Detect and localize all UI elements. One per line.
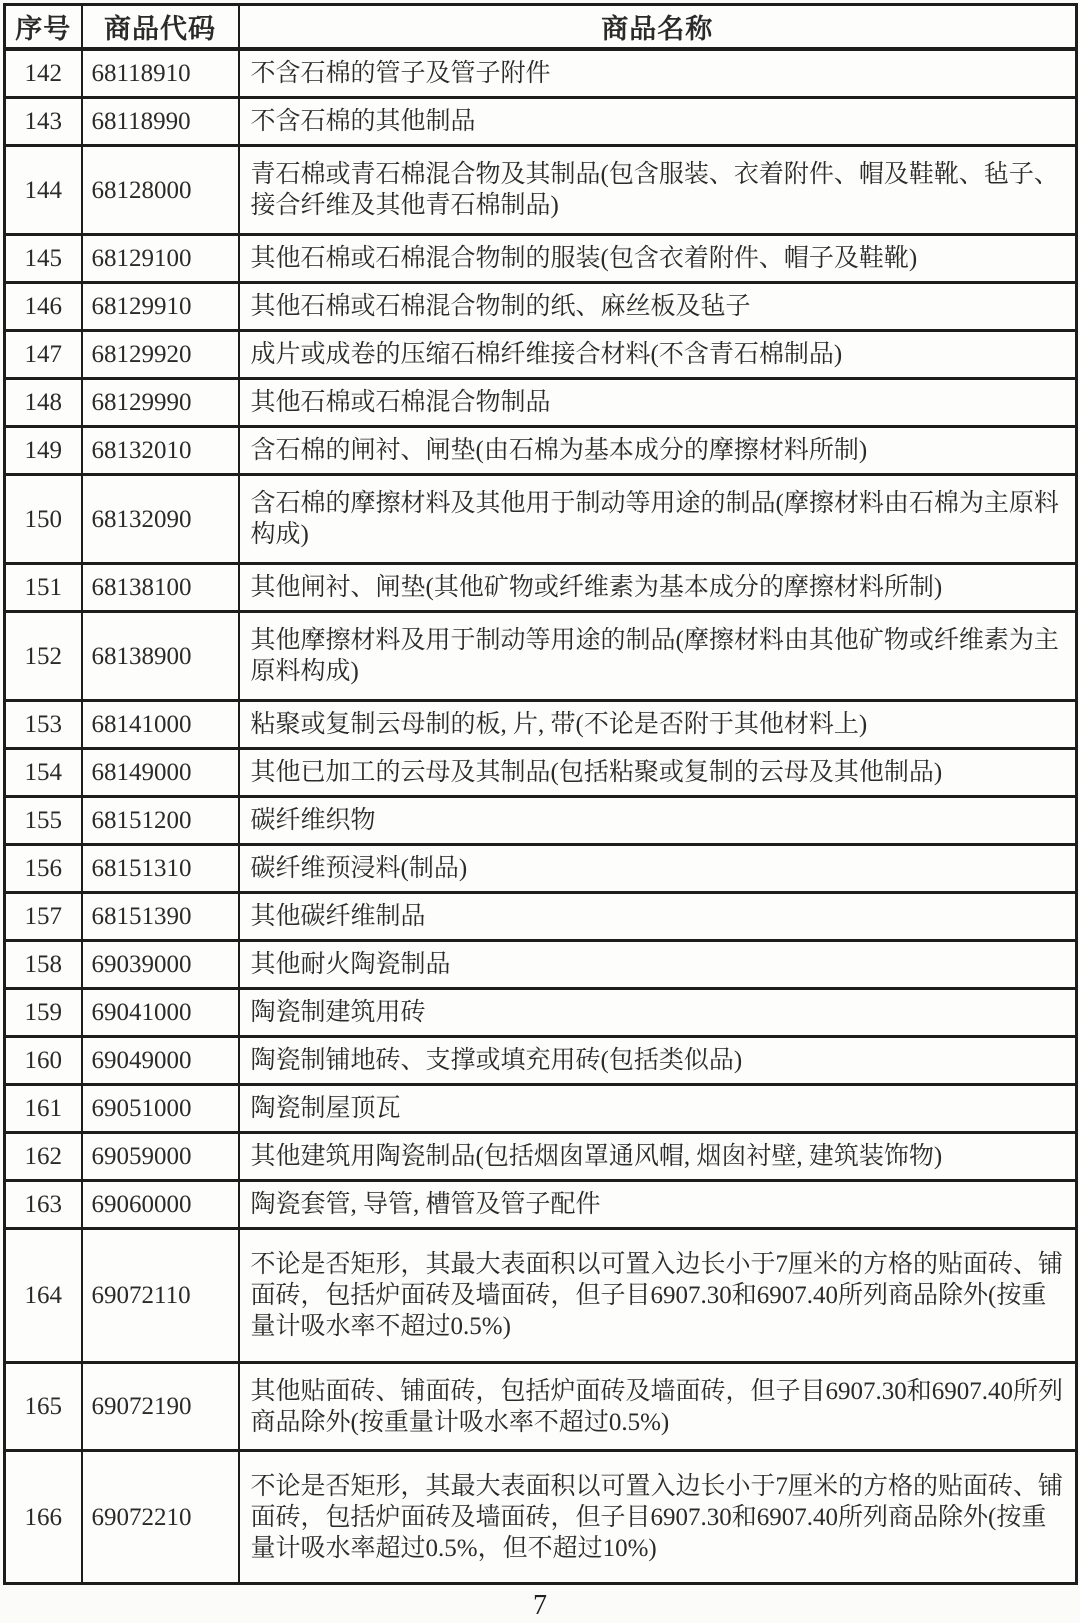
commodity-code-cell: 69060000 [82, 1181, 239, 1229]
commodity-name-cell: 其他碳纤维制品 [239, 893, 1077, 941]
commodity-code-cell: 69041000 [82, 989, 239, 1037]
commodity-name-cell: 不论是否矩形，其最大表面积以可置入边长小于7厘米的方格的贴面砖、铺面砖，包括炉面… [239, 1451, 1077, 1584]
commodity-code-cell: 68151310 [82, 845, 239, 893]
table-row: 16469072110不论是否矩形，其最大表面积以可置入边长小于7厘米的方格的贴… [5, 1229, 1077, 1363]
commodity-code-cell: 69072190 [82, 1363, 239, 1451]
commodity-code-cell: 68132090 [82, 475, 239, 564]
commodity-name-cell: 不含石棉的其他制品 [239, 98, 1077, 146]
row-number-cell: 149 [5, 427, 82, 475]
commodity-code-cell: 68138100 [82, 564, 239, 612]
table-row: 14468128000青石棉或青石棉混合物及其制品(包含服装、衣着附件、帽及鞋靴… [5, 146, 1077, 235]
row-number-cell: 162 [5, 1133, 82, 1181]
commodity-name-cell: 其他已加工的云母及其制品(包括粘聚或复制的云母及其他制品) [239, 749, 1077, 797]
commodity-code-cell: 68128000 [82, 146, 239, 235]
document-page: 序号 商品代码 商品名称 14268118910不含石棉的管子及管子附件1436… [0, 0, 1080, 1623]
row-number-cell: 163 [5, 1181, 82, 1229]
commodity-name-cell: 陶瓷制屋顶瓦 [239, 1085, 1077, 1133]
table-row: 15969041000陶瓷制建筑用砖 [5, 989, 1077, 1037]
commodity-name-cell: 其他石棉或石棉混合物制的服装(包含衣着附件、帽子及鞋靴) [239, 235, 1077, 283]
table-row: 16369060000陶瓷套管, 导管, 槽管及管子配件 [5, 1181, 1077, 1229]
row-number-cell: 144 [5, 146, 82, 235]
header-commodity-name: 商品名称 [239, 5, 1077, 50]
commodity-code-cell: 68129990 [82, 379, 239, 427]
table-row: 15068132090含石棉的摩擦材料及其他用于制动等用途的制品(摩擦材料由石棉… [5, 475, 1077, 564]
commodity-code-cell: 68151390 [82, 893, 239, 941]
commodity-code-cell: 68149000 [82, 749, 239, 797]
commodity-code-cell: 69059000 [82, 1133, 239, 1181]
row-number-cell: 146 [5, 283, 82, 331]
row-number-cell: 161 [5, 1085, 82, 1133]
table-row: 15668151310碳纤维预浸料(制品) [5, 845, 1077, 893]
row-number-cell: 164 [5, 1229, 82, 1363]
page-number: 7 [533, 1590, 547, 1621]
row-number-cell: 154 [5, 749, 82, 797]
row-number-cell: 151 [5, 564, 82, 612]
row-number-cell: 143 [5, 98, 82, 146]
table-row: 16669072210不论是否矩形，其最大表面积以可置入边长小于7厘米的方格的贴… [5, 1451, 1077, 1584]
commodity-name-cell: 其他建筑用陶瓷制品(包括烟囱罩通风帽, 烟囱衬壁, 建筑装饰物) [239, 1133, 1077, 1181]
table-row: 16569072190其他贴面砖、铺面砖，包括炉面砖及墙面砖，但子目6907.3… [5, 1363, 1077, 1451]
commodity-name-cell: 不含石棉的管子及管子附件 [239, 49, 1077, 98]
commodity-code-cell: 68129920 [82, 331, 239, 379]
table-row: 15568151200碳纤维织物 [5, 797, 1077, 845]
header-commodity-code: 商品代码 [82, 5, 239, 50]
table-row: 14868129990其他石棉或石棉混合物制品 [5, 379, 1077, 427]
row-number-cell: 160 [5, 1037, 82, 1085]
commodity-name-cell: 不论是否矩形，其最大表面积以可置入边长小于7厘米的方格的贴面砖、铺面砖，包括炉面… [239, 1229, 1077, 1363]
table-row: 14968132010含石棉的闸衬、闸垫(由石棉为基本成分的摩擦材料所制) [5, 427, 1077, 475]
row-number-cell: 147 [5, 331, 82, 379]
row-number-cell: 158 [5, 941, 82, 989]
commodity-code-cell: 69039000 [82, 941, 239, 989]
row-number-cell: 165 [5, 1363, 82, 1451]
commodity-name-cell: 碳纤维织物 [239, 797, 1077, 845]
commodity-name-cell: 其他耐火陶瓷制品 [239, 941, 1077, 989]
commodity-code-cell: 68138900 [82, 612, 239, 701]
commodity-name-cell: 含石棉的摩擦材料及其他用于制动等用途的制品(摩擦材料由石棉为主原料构成) [239, 475, 1077, 564]
table-row: 15869039000其他耐火陶瓷制品 [5, 941, 1077, 989]
commodity-name-cell: 含石棉的闸衬、闸垫(由石棉为基本成分的摩擦材料所制) [239, 427, 1077, 475]
commodity-code-cell: 68132010 [82, 427, 239, 475]
table-row: 15168138100其他闸衬、闸垫(其他矿物或纤维素为基本成分的摩擦材料所制) [5, 564, 1077, 612]
row-number-cell: 153 [5, 701, 82, 749]
commodity-code-cell: 69051000 [82, 1085, 239, 1133]
row-number-cell: 166 [5, 1451, 82, 1584]
commodity-code-cell: 69072210 [82, 1451, 239, 1584]
row-number-cell: 150 [5, 475, 82, 564]
table-row: 16169051000陶瓷制屋顶瓦 [5, 1085, 1077, 1133]
commodity-code-cell: 69072110 [82, 1229, 239, 1363]
row-number-cell: 152 [5, 612, 82, 701]
row-number-cell: 157 [5, 893, 82, 941]
row-number-cell: 156 [5, 845, 82, 893]
row-number-cell: 159 [5, 989, 82, 1037]
commodity-name-cell: 青石棉或青石棉混合物及其制品(包含服装、衣着附件、帽及鞋靴、毡子、接合纤维及其他… [239, 146, 1077, 235]
row-number-cell: 142 [5, 49, 82, 98]
table-row: 14268118910不含石棉的管子及管子附件 [5, 49, 1077, 98]
commodity-code-cell: 68151200 [82, 797, 239, 845]
commodity-code-cell: 68129100 [82, 235, 239, 283]
table-row: 15268138900其他摩擦材料及用于制动等用途的制品(摩擦材料由其他矿物或纤… [5, 612, 1077, 701]
page-footer: 7 [0, 1590, 1080, 1622]
commodity-table: 序号 商品代码 商品名称 14268118910不含石棉的管子及管子附件1436… [3, 3, 1078, 1585]
row-number-cell: 155 [5, 797, 82, 845]
table-row: 15468149000其他已加工的云母及其制品(包括粘聚或复制的云母及其他制品) [5, 749, 1077, 797]
commodity-code-cell: 68129910 [82, 283, 239, 331]
table-row: 16269059000其他建筑用陶瓷制品(包括烟囱罩通风帽, 烟囱衬壁, 建筑装… [5, 1133, 1077, 1181]
commodity-name-cell: 其他贴面砖、铺面砖，包括炉面砖及墙面砖，但子目6907.30和6907.40所列… [239, 1363, 1077, 1451]
commodity-code-cell: 68118910 [82, 49, 239, 98]
row-number-cell: 148 [5, 379, 82, 427]
commodity-name-cell: 成片或成卷的压缩石棉纤维接合材料(不含青石棉制品) [239, 331, 1077, 379]
commodity-name-cell: 陶瓷制铺地砖、支撑或填充用砖(包括类似品) [239, 1037, 1077, 1085]
table-row: 14568129100其他石棉或石棉混合物制的服装(包含衣着附件、帽子及鞋靴) [5, 235, 1077, 283]
table-row: 15768151390其他碳纤维制品 [5, 893, 1077, 941]
commodity-name-cell: 陶瓷制建筑用砖 [239, 989, 1077, 1037]
commodity-name-cell: 碳纤维预浸料(制品) [239, 845, 1077, 893]
row-number-cell: 145 [5, 235, 82, 283]
commodity-name-cell: 其他摩擦材料及用于制动等用途的制品(摩擦材料由其他矿物或纤维素为主原料构成) [239, 612, 1077, 701]
table-row: 14768129920成片或成卷的压缩石棉纤维接合材料(不含青石棉制品) [5, 331, 1077, 379]
table-row: 16069049000陶瓷制铺地砖、支撑或填充用砖(包括类似品) [5, 1037, 1077, 1085]
commodity-name-cell: 其他闸衬、闸垫(其他矿物或纤维素为基本成分的摩擦材料所制) [239, 564, 1077, 612]
commodity-name-cell: 其他石棉或石棉混合物制品 [239, 379, 1077, 427]
header-serial-number: 序号 [5, 5, 82, 50]
commodity-code-cell: 68118990 [82, 98, 239, 146]
table-row: 15368141000粘聚或复制云母制的板, 片, 带(不论是否附于其他材料上) [5, 701, 1077, 749]
table-row: 14368118990不含石棉的其他制品 [5, 98, 1077, 146]
commodity-name-cell: 其他石棉或石棉混合物制的纸、麻丝板及毡子 [239, 283, 1077, 331]
commodity-name-cell: 陶瓷套管, 导管, 槽管及管子配件 [239, 1181, 1077, 1229]
commodity-code-cell: 68141000 [82, 701, 239, 749]
header-row: 序号 商品代码 商品名称 [5, 5, 1077, 50]
commodity-name-cell: 粘聚或复制云母制的板, 片, 带(不论是否附于其他材料上) [239, 701, 1077, 749]
commodity-code-cell: 69049000 [82, 1037, 239, 1085]
table-row: 14668129910其他石棉或石棉混合物制的纸、麻丝板及毡子 [5, 283, 1077, 331]
